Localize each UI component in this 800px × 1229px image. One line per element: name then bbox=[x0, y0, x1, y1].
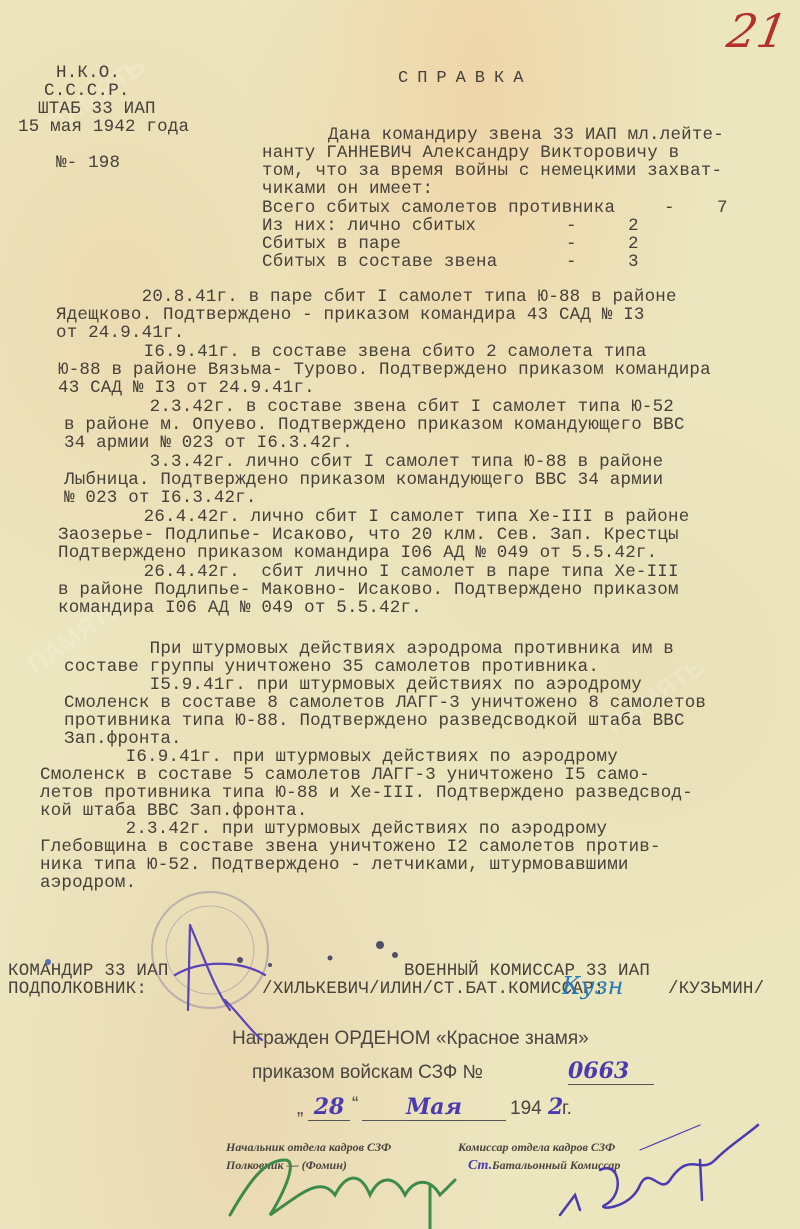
doc-number: №- 198 bbox=[56, 154, 120, 172]
tally-dash: - bbox=[566, 235, 577, 253]
entry-first-line: 20.8.41г. в паре сбит I самолет типа Ю-8… bbox=[56, 288, 677, 306]
entry-first-line: 2.3.42г. при штурмовых действиях по аэро… bbox=[40, 820, 607, 838]
header-line: ШТАБ 33 ИАП bbox=[38, 100, 156, 118]
entry-first-line: При штурмовых действиях аэродрома против… bbox=[64, 640, 674, 658]
entry-first-line: 3.3.42г. лично сбит I самолет типа Ю-88 … bbox=[64, 453, 663, 471]
award-year-unit: г. bbox=[562, 1098, 572, 1120]
entry-line: 43 САД № I3 от 24.9.41г. bbox=[58, 379, 315, 397]
award-year-prefix: 194 bbox=[510, 1098, 542, 1120]
archive-page-number: 21 bbox=[723, 4, 791, 58]
hr-chief-name: Полковник — (Фомин) bbox=[226, 1158, 347, 1173]
tally-value: 7 bbox=[717, 199, 728, 217]
entry-line: Глебовщина в составе звена уничтожено I2… bbox=[40, 838, 661, 856]
hr-chief-title: Начальник отдела кадров СЗФ bbox=[226, 1140, 391, 1155]
entry-line: противника типа Ю-88. Подтверждено разве… bbox=[64, 712, 685, 730]
hr-commissar-prefix: Ст. bbox=[468, 1158, 492, 1174]
intro-line: том, что за время войны с немецкими захв… bbox=[262, 162, 722, 180]
quote-mark: “ bbox=[352, 1094, 358, 1116]
entry-line: Заозерье- Подлипье- Исаково, что 20 клм.… bbox=[58, 526, 679, 544]
tally-dash: - bbox=[664, 199, 675, 217]
entry-line: Ядещково. Подтверждено - приказом команд… bbox=[56, 306, 645, 324]
hr-commissar-rank: Батальонный Комиссар bbox=[492, 1158, 620, 1173]
commissar-name: /КУЗЬМИН/ bbox=[668, 980, 764, 998]
award-line: Награжден ОРДЕНОМ «Красное знамя» bbox=[232, 1028, 589, 1050]
tally-label: Из них: лично сбитых bbox=[262, 217, 476, 235]
tally-dash: - bbox=[566, 217, 577, 235]
entry-first-line: I5.9.41г. при штурмовых действиях по аэр… bbox=[64, 676, 642, 694]
entry-line: Зап.фронта. bbox=[64, 730, 182, 748]
entry-line: Подтверждено приказом командира I06 АД №… bbox=[58, 544, 657, 562]
commander-name: /ХИЛЬКЕВИЧ/ИЛИН/СТ.БАТ.КОМИССАР: bbox=[262, 980, 604, 998]
entry-line: Смоленск в составе 8 самолетов ЛАГГ-3 ун… bbox=[64, 694, 706, 712]
hr-commissar-title: Комиссар отдела кадров СЗФ bbox=[458, 1140, 615, 1155]
entry-line: Смоленск в составе 5 самолетов ЛАГГ-3 ун… bbox=[40, 766, 650, 784]
tally-value: 2 bbox=[628, 217, 639, 235]
award-order-label: приказом войскам СЗФ № bbox=[252, 1062, 483, 1084]
entry-first-line: 2.3.42г. в составе звена сбит I самолет … bbox=[64, 398, 674, 416]
entry-first-line: I6.9.41г. в составе звена сбито 2 самоле… bbox=[58, 343, 647, 361]
entry-first-line: 26.4.42г. сбит лично I самолет в паре ти… bbox=[58, 563, 679, 581]
entry-line: кой штаба ВВС Зап.фронта. bbox=[40, 802, 308, 820]
entry-line: № 023 от I6.3.42г. bbox=[64, 489, 257, 507]
entry-line: Ю-88 в районе Вязьма- Турово. Подтвержде… bbox=[58, 361, 711, 379]
award-order-number: 0663 bbox=[568, 1058, 654, 1085]
commander-signature bbox=[175, 925, 265, 1040]
header-date: 15 мая 1942 года bbox=[18, 118, 189, 136]
entry-line: в районе м. Опуево. Подтверждено приказо… bbox=[64, 416, 685, 434]
tally-label: Сбитых в составе звена bbox=[262, 253, 497, 271]
entry-line: летов противника типа Ю-88 и Хе-III. Под… bbox=[40, 784, 693, 802]
signature-titles: КОМАНДИР 33 ИАП ВОЕННЫЙ КОМИССАР 33 ИАП bbox=[8, 962, 650, 980]
entry-line: ника типа Ю-52. Подтверждено - летчиками… bbox=[40, 856, 629, 874]
header-line: С.С.С.Р. bbox=[44, 82, 130, 100]
entry-line: 34 армии № 023 от I6.3.42г. bbox=[64, 434, 353, 452]
entry-line: составе группы уничтожено 35 самолетов п… bbox=[64, 658, 599, 676]
document-title: СПРАВКА bbox=[398, 70, 532, 88]
award-day: 28 bbox=[308, 1094, 350, 1121]
intro-line: нанту ГАННЕВИЧ Александру Викторовичу в bbox=[262, 144, 679, 162]
commissar-signature: Кузн bbox=[562, 972, 623, 1000]
tally-value: 2 bbox=[628, 235, 639, 253]
intro-line: Дана командиру звена 33 ИАП мл.лейте- bbox=[328, 126, 724, 144]
entry-line: аэродром. bbox=[40, 874, 136, 892]
entry-first-line: 26.4.42г. лично сбит I самолет типа Хе-I… bbox=[58, 508, 689, 526]
quote-mark: „ bbox=[297, 1098, 303, 1120]
round-seal bbox=[152, 892, 268, 1008]
award-month: Мая bbox=[362, 1094, 506, 1121]
entry-line: от 24.9.41г. bbox=[56, 324, 184, 342]
tally-dash: - bbox=[566, 253, 577, 271]
entry-line: Лыбница. Подтверждено приказом командующ… bbox=[64, 471, 663, 489]
tally-value: 3 bbox=[628, 253, 639, 271]
entry-line: в районе Подлипье- Маковно- Исаково. Под… bbox=[58, 581, 679, 599]
tally-label: Сбитых в паре bbox=[262, 235, 401, 253]
entry-line: командира I06 АД № 049 от 5.5.42г. bbox=[58, 599, 422, 617]
tally-label: Всего сбитых самолетов противника bbox=[262, 199, 615, 217]
commander-rank: ПОДПОЛКОВНИК: bbox=[8, 980, 147, 998]
intro-line: чиками он имеет: bbox=[262, 180, 433, 198]
header-line: Н.К.О. bbox=[56, 64, 120, 82]
entry-first-line: I6.9.41г. при штурмовых действиях по аэр… bbox=[40, 748, 618, 766]
